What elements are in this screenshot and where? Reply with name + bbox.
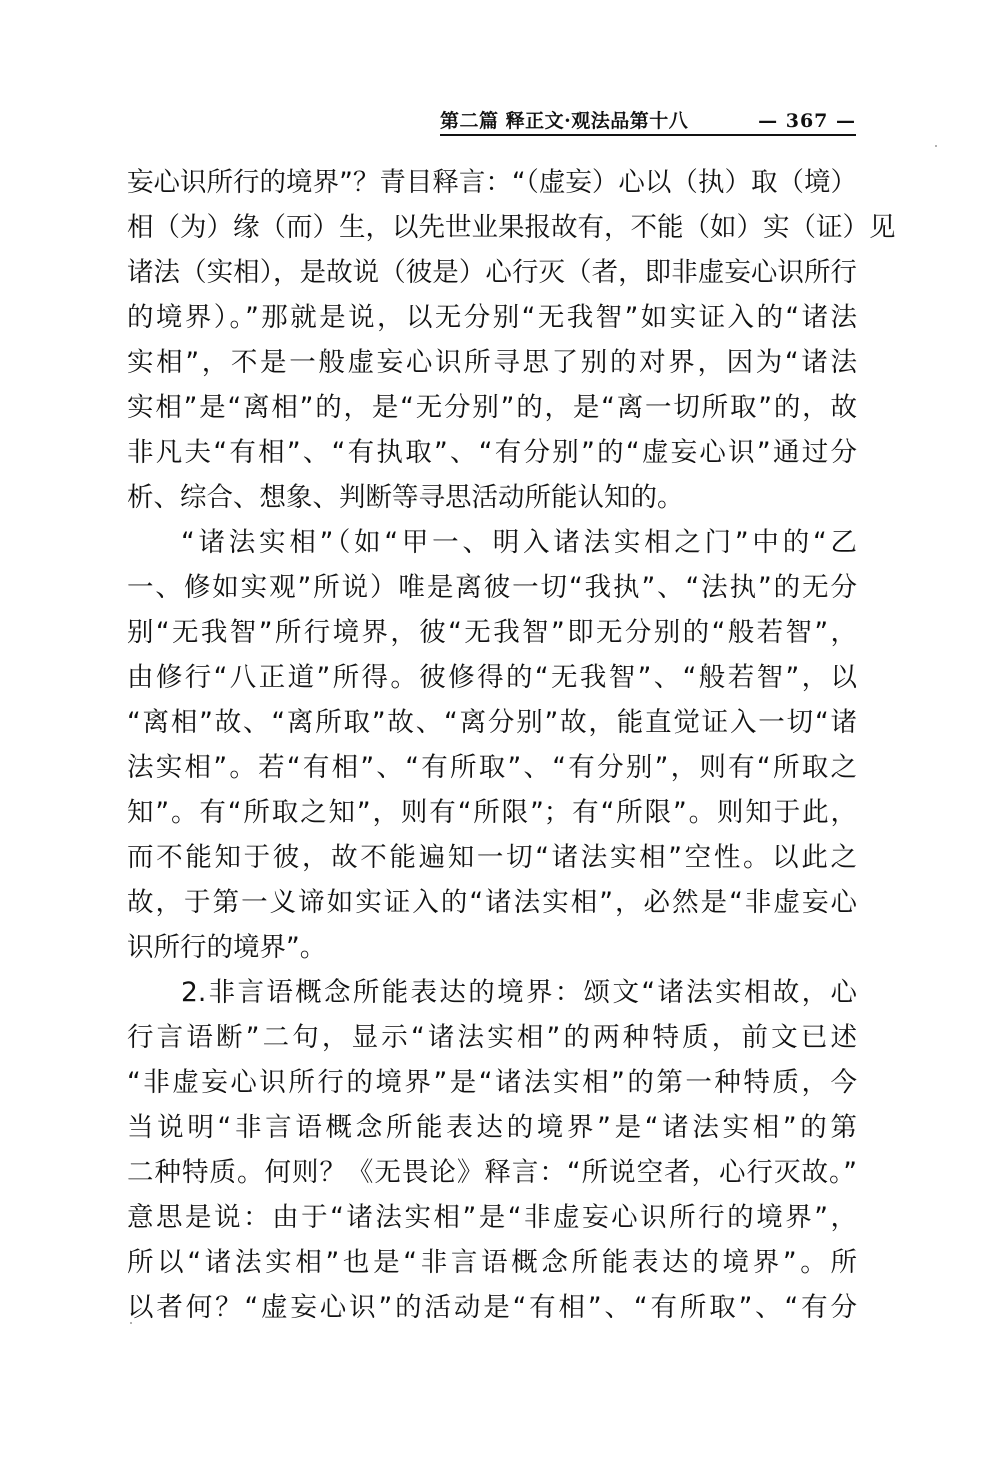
text-line: 行言语断”二句，显示“诸法实相”的两种特质，前文已述: [127, 1015, 857, 1060]
text-line: 妄心识所行的境界”？青目释言：“（虚妄）心以（执）取（境）: [127, 160, 857, 205]
text-line: 2.非言语概念所能表达的境界：颂文“诸法实相故，心: [127, 970, 857, 1015]
text-line: 法实相”。若“有相”、“有所取”、“有分别”，则有“所取之: [127, 745, 857, 790]
text-line: “离相”故、“离所取”故、“离分别”故，能直觉证入一切“诸: [127, 700, 857, 745]
text-line: 实相”是“离相”的，是“无分别”的，是“离一切所取”的，故: [127, 385, 857, 430]
body-text: 妄心识所行的境界”？青目释言：“（虚妄）心以（执）取（境） 相（为）缘（而）生，…: [127, 160, 857, 1330]
scan-speck: [130, 1322, 132, 1324]
text-line: 二种特质。何则？《无畏论》释言：“所说空者，心行灭故。”: [127, 1150, 857, 1195]
text-line: 而不能知于彼，故不能遍知一切“诸法实相”空性。以此之: [127, 835, 857, 880]
text-line: “诸法实相”（如“甲一、明入诸法实相之门”中的“乙: [127, 520, 857, 565]
text-line: 非凡夫“有相”、“有执取”、“有分别”的“虚妄心识”通过分: [127, 430, 857, 475]
paragraph: “诸法实相”（如“甲一、明入诸法实相之门”中的“乙 一、修如实观”所说）唯是离彼…: [127, 520, 857, 970]
text-line: 识所行的境界”。: [127, 925, 857, 970]
scan-speck: [440, 1025, 442, 1027]
scan-speck: [935, 145, 937, 147]
chapter-title: 第二篇 释正文·观法品第十八: [440, 108, 688, 134]
page-number: — 367 —: [758, 108, 856, 134]
text-line: 实相”，不是一般虚妄心识所寻思了别的对界，因为“诸法: [127, 340, 857, 385]
text-line: 析、综合、想象、判断等寻思活动所能认知的。: [127, 475, 857, 520]
text-line: 相（为）缘（而）生，以先世业果报故有，不能（如）实（证）见: [127, 205, 857, 250]
text-line: 诸法（实相），是故说（彼是）心行灭（者，即非虚妄心识所行: [127, 250, 857, 295]
text-line: 由修行“八正道”所得。彼修得的“无我智”、“般若智”，以: [127, 655, 857, 700]
paragraph: 妄心识所行的境界”？青目释言：“（虚妄）心以（执）取（境） 相（为）缘（而）生，…: [127, 160, 857, 520]
text-line: 当说明“非言语概念所能表达的境界”是“诸法实相”的第: [127, 1105, 857, 1150]
running-head: 第二篇 释正文·观法品第十八 — 367 —: [440, 104, 856, 136]
text-line: 知”。有“所取之知”，则有“所限”；有“所限”。则知于此，: [127, 790, 857, 835]
text-line: 意思是说：由于“诸法实相”是“非虚妄心识所行的境界”，: [127, 1195, 857, 1240]
text-line: 所以“诸法实相”也是“非言语概念所能表达的境界”。所: [127, 1240, 857, 1285]
text-line: 一、修如实观”所说）唯是离彼一切“我执”、“法执”的无分: [127, 565, 857, 610]
paragraph: 2.非言语概念所能表达的境界：颂文“诸法实相故，心 行言语断”二句，显示“诸法实…: [127, 970, 857, 1330]
text-line: “非虚妄心识所行的境界”是“诸法实相”的第一种特质，今: [127, 1060, 857, 1105]
book-page: 第二篇 释正文·观法品第十八 — 367 — 妄心识所行的境界”？青目释言：“（…: [0, 0, 983, 1479]
text-line: 别“无我智”所行境界，彼“无我智”即无分别的“般若智”，: [127, 610, 857, 655]
text-line: 以者何？“虚妄心识”的活动是“有相”、“有所取”、“有分: [127, 1285, 857, 1330]
text-line: 故，于第一义谛如实证入的“诸法实相”，必然是“非虚妄心: [127, 880, 857, 925]
text-line: 的境界）。”那就是说，以无分别“无我智”如实证入的“诸法: [127, 295, 857, 340]
